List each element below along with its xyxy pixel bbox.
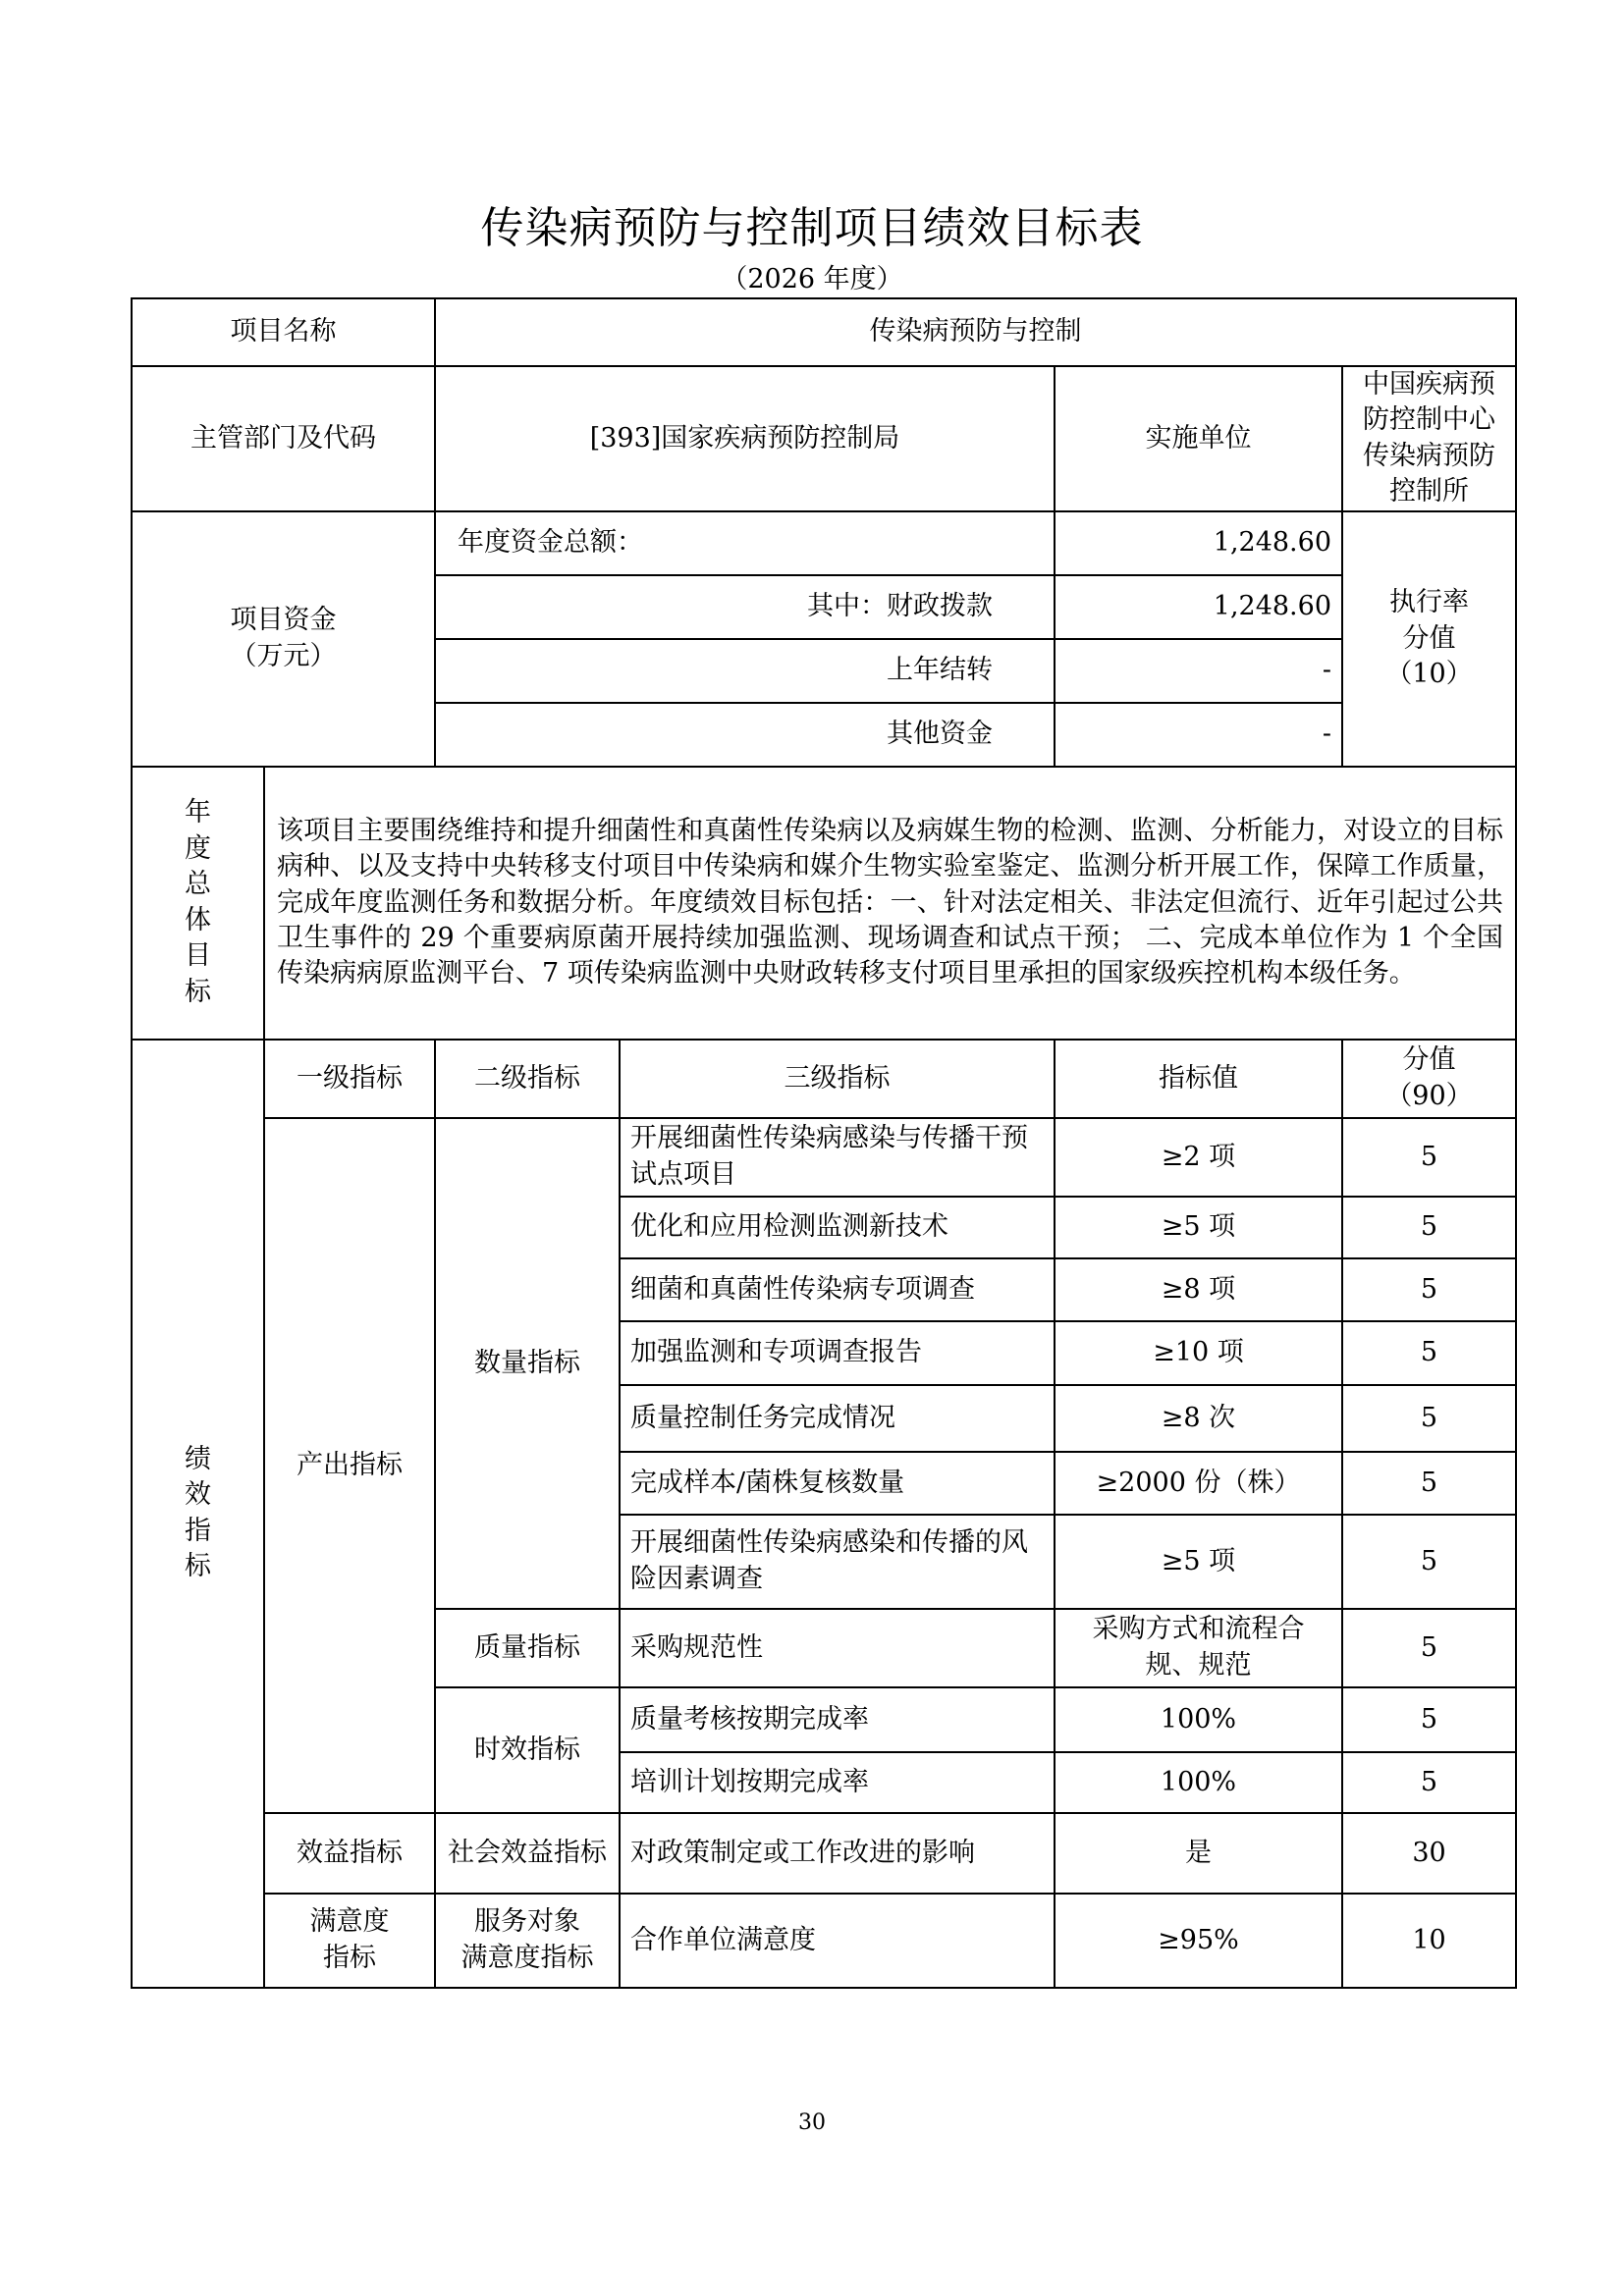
indicator-name: 细菌和真菌性传染病专项调查 — [620, 1258, 1055, 1321]
indicator-score: 5 — [1342, 1118, 1516, 1197]
funds-total-label: 年度资金总额： — [435, 511, 1055, 575]
indicator-name: 优化和应用检测监测新技术 — [620, 1197, 1055, 1258]
group-service-satisfaction: 服务对象 满意度指标 — [435, 1894, 620, 1988]
annual-goal-text: 该项目主要围绕维持和提升细菌性和真菌性传染病以及病媒生物的检测、监测、分析能力，… — [264, 767, 1516, 1040]
group-timeliness: 时效指标 — [435, 1687, 620, 1813]
indicators-label-char: 效 — [142, 1477, 253, 1513]
funds-fiscal-label: 其中：财政拨款 — [435, 575, 1055, 639]
indicator-score: 5 — [1342, 1258, 1516, 1321]
funds-other-value: - — [1055, 703, 1342, 767]
indicator-value: ≥8 项 — [1055, 1258, 1342, 1321]
indicator-value: ≥2 项 — [1055, 1118, 1342, 1197]
header-score: 分值 （90） — [1342, 1040, 1516, 1118]
indicator-score: 5 — [1342, 1752, 1516, 1813]
group-quantity: 数量指标 — [435, 1118, 620, 1609]
indicator-value: ≥10 项 — [1055, 1321, 1342, 1385]
funds-carryover-value: - — [1055, 639, 1342, 703]
annual-goal-label-char: 目 — [142, 938, 253, 974]
annual-goal-label-char: 总 — [142, 867, 253, 902]
indicator-score: 30 — [1342, 1813, 1516, 1894]
funds-fiscal-value: 1,248.60 — [1055, 575, 1342, 639]
group-satisfaction-line1: 满意度 — [275, 1904, 424, 1940]
project-name-value: 传染病预防与控制 — [435, 298, 1516, 366]
project-funds-label-line2: （万元） — [142, 639, 424, 674]
indicator-name: 培训计划按期完成率 — [620, 1752, 1055, 1813]
group-satisfaction: 满意度 指标 — [264, 1894, 435, 1988]
funds-total-value: 1,248.60 — [1055, 511, 1342, 575]
project-funds-label-line1: 项目资金 — [142, 603, 424, 638]
project-name-label: 项目名称 — [132, 298, 435, 366]
indicator-score: 5 — [1342, 1321, 1516, 1385]
group-satisfaction-line2: 指标 — [275, 1941, 424, 1976]
header-level2: 二级指标 — [435, 1040, 620, 1118]
indicator-value: 是 — [1055, 1813, 1342, 1894]
header-level1: 一级指标 — [264, 1040, 435, 1118]
group-service-satisfaction-line2: 满意度指标 — [446, 1941, 609, 1976]
table-row: 效益指标 社会效益指标 对政策制定或工作改进的影响 是 30 — [132, 1813, 1516, 1894]
indicator-name: 开展细菌性传染病感染与传播干预试点项目 — [620, 1118, 1055, 1197]
performance-target-table: 项目名称 传染病预防与控制 主管部门及代码 [393]国家疾病预防控制局 实施单… — [131, 297, 1517, 1989]
indicator-name: 采购规范性 — [620, 1609, 1055, 1687]
indicator-value: ≥2000 份（株） — [1055, 1452, 1342, 1515]
group-output: 产出指标 — [264, 1118, 435, 1813]
header-value: 指标值 — [1055, 1040, 1342, 1118]
page-number: 30 — [0, 2110, 1624, 2135]
indicator-value: 采购方式和流程合规、规范 — [1055, 1609, 1342, 1687]
indicator-score: 5 — [1342, 1197, 1516, 1258]
execution-rate-score-line2: 分值 — [1353, 621, 1505, 657]
execution-rate-score-line1: 执行率 — [1353, 585, 1505, 620]
department-value: [393]国家疾病预防控制局 — [435, 366, 1055, 511]
funds-carryover-label: 上年结转 — [435, 639, 1055, 703]
annual-goal-label: 年 度 总 体 目 标 — [132, 767, 264, 1040]
department-row: 主管部门及代码 [393]国家疾病预防控制局 实施单位 中国疾病预防控制中心传染… — [132, 366, 1516, 511]
execution-rate-score: 执行率 分值 （10） — [1342, 511, 1516, 767]
group-benefit: 效益指标 — [264, 1813, 435, 1894]
indicator-score: 10 — [1342, 1894, 1516, 1988]
indicator-value: 100% — [1055, 1687, 1342, 1752]
table-row: 满意度 指标 服务对象 满意度指标 合作单位满意度 ≥95% 10 — [132, 1894, 1516, 1988]
table-row: 产出指标 数量指标 开展细菌性传染病感染与传播干预试点项目 ≥2 项 5 — [132, 1118, 1516, 1197]
header-score-line1: 分值 — [1353, 1042, 1505, 1078]
page-title: 传染病预防与控制项目绩效目标表 — [0, 192, 1624, 255]
annual-goal-label-char: 体 — [142, 903, 253, 938]
indicator-score: 5 — [1342, 1687, 1516, 1752]
implementing-unit-value: 中国疾病预防控制中心传染病预防控制所 — [1342, 366, 1516, 511]
indicator-name: 质量考核按期完成率 — [620, 1687, 1055, 1752]
indicators-label-char: 绩 — [142, 1442, 253, 1477]
page-subtitle-year: （2026 年度） — [0, 257, 1624, 295]
funds-other-label: 其他资金 — [435, 703, 1055, 767]
annual-goal-label-char: 标 — [142, 975, 253, 1010]
indicator-name: 加强监测和专项调查报告 — [620, 1321, 1055, 1385]
annual-goal-label-char: 度 — [142, 831, 253, 867]
indicator-header-row: 绩 效 指 标 一级指标 二级指标 三级指标 指标值 分值 （90） — [132, 1040, 1516, 1118]
performance-indicators-label: 绩 效 指 标 — [132, 1040, 264, 1988]
header-level3: 三级指标 — [620, 1040, 1055, 1118]
indicator-value: ≥5 项 — [1055, 1197, 1342, 1258]
funds-row-total: 项目资金 （万元） 年度资金总额： 1,248.60 执行率 分值 （10） — [132, 511, 1516, 575]
indicator-name: 完成样本/菌株复核数量 — [620, 1452, 1055, 1515]
indicator-name: 合作单位满意度 — [620, 1894, 1055, 1988]
indicator-name: 质量控制任务完成情况 — [620, 1385, 1055, 1452]
annual-goal-row: 年 度 总 体 目 标 该项目主要围绕维持和提升细菌性和真菌性传染病以及病媒生物… — [132, 767, 1516, 1040]
group-social-benefit: 社会效益指标 — [435, 1813, 620, 1894]
indicator-name: 对政策制定或工作改进的影响 — [620, 1813, 1055, 1894]
indicator-score: 5 — [1342, 1385, 1516, 1452]
header-score-line2: （90） — [1353, 1079, 1505, 1114]
execution-rate-score-line3: （10） — [1353, 657, 1505, 692]
indicator-value: 100% — [1055, 1752, 1342, 1813]
indicator-value: ≥8 次 — [1055, 1385, 1342, 1452]
indicator-score: 5 — [1342, 1452, 1516, 1515]
indicators-label-char: 标 — [142, 1549, 253, 1584]
indicator-value: ≥95% — [1055, 1894, 1342, 1988]
group-quality: 质量指标 — [435, 1609, 620, 1687]
indicators-label-char: 指 — [142, 1514, 253, 1549]
indicator-name: 开展细菌性传染病感染和传播的风险因素调查 — [620, 1515, 1055, 1609]
project-funds-label: 项目资金 （万元） — [132, 511, 435, 767]
indicator-value: ≥5 项 — [1055, 1515, 1342, 1609]
indicator-score: 5 — [1342, 1515, 1516, 1609]
implementing-unit-label: 实施单位 — [1055, 366, 1342, 511]
annual-goal-label-char: 年 — [142, 795, 253, 830]
department-label: 主管部门及代码 — [132, 366, 435, 511]
project-name-row: 项目名称 传染病预防与控制 — [132, 298, 1516, 366]
group-service-satisfaction-line1: 服务对象 — [446, 1904, 609, 1940]
indicator-score: 5 — [1342, 1609, 1516, 1687]
